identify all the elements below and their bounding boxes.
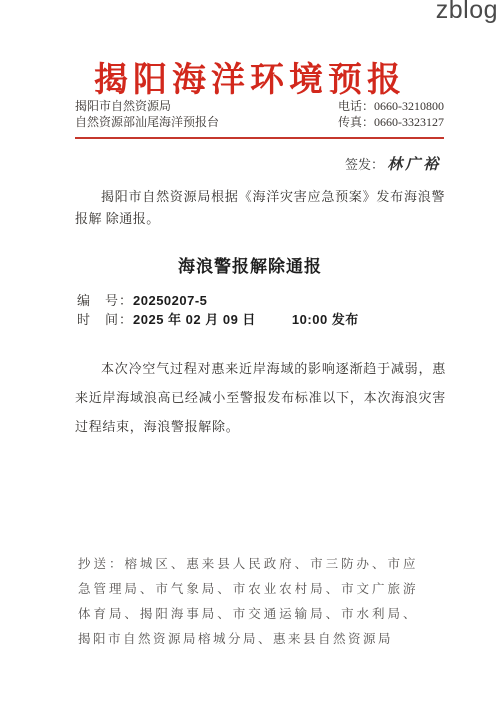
notice-time-issue: 10:00 发布 (292, 312, 359, 327)
document-page: zblog 揭阳海洋环境预报 揭阳市自然资源局 自然资源部汕尾海洋预报台 电话：… (0, 0, 500, 707)
contact-block: 电话：0660-3210800 传真：0660-3323127 (338, 98, 444, 130)
notice-time-label: 时 间： (77, 312, 133, 327)
notice-meta: 编 号：20250207-5 时 间：2025 年 02 月 09 日10:00… (77, 291, 359, 329)
signoff-row: 签发： 林广裕 (345, 153, 441, 174)
signoff-signature: 林广裕 (387, 157, 441, 173)
notice-number-row: 编 号：20250207-5 (77, 291, 359, 310)
phone-line: 电话：0660-3210800 (338, 98, 444, 114)
fax-line: 传真：0660-3323127 (338, 114, 444, 130)
issuing-org-line1: 揭阳市自然资源局 (75, 98, 219, 114)
issuing-org-line2: 自然资源部汕尾海洋预报台 (75, 114, 219, 130)
cc-list: 榕城区、惠来县人民政府、市三防办、市应急管理局、市气象局、市农业农村局、市文广旅… (78, 557, 418, 646)
header-info-row: 揭阳市自然资源局 自然资源部汕尾海洋预报台 电话：0660-3210800 传真… (75, 98, 444, 130)
phone-label: 电话： (338, 99, 374, 113)
phone-number: 0660-3210800 (374, 99, 444, 113)
notice-heading: 海浪警报解除通报 (0, 252, 500, 277)
intro-paragraph: 揭阳市自然资源局根据《海洋灾害应急预案》发布海浪警报解 除通报。 (75, 186, 445, 230)
notice-number-label: 编 号： (77, 293, 133, 308)
red-divider-line (75, 137, 444, 139)
notice-body-paragraph: 本次冷空气过程对惠来近岸海域的影响逐渐趋于减弱，惠来近岸海域浪高已经减小至警报发… (75, 354, 446, 441)
notice-number-value: 20250207-5 (133, 293, 207, 308)
fax-number: 0660-3323127 (374, 115, 444, 129)
fax-label: 传真： (338, 115, 374, 129)
zblog-watermark: zblog (436, 0, 498, 25)
document-title: 揭阳海洋环境预报 (0, 52, 500, 101)
issuing-org-block: 揭阳市自然资源局 自然资源部汕尾海洋预报台 (75, 98, 219, 130)
notice-time-row: 时 间：2025 年 02 月 09 日10:00 发布 (77, 310, 359, 329)
cc-paragraph: 抄送：榕城区、惠来县人民政府、市三防办、市应急管理局、市气象局、市农业农村局、市… (78, 552, 418, 652)
notice-time-date: 2025 年 02 月 09 日 (133, 312, 256, 327)
signoff-label: 签发： (345, 157, 384, 172)
cc-label: 抄送： (78, 557, 124, 571)
